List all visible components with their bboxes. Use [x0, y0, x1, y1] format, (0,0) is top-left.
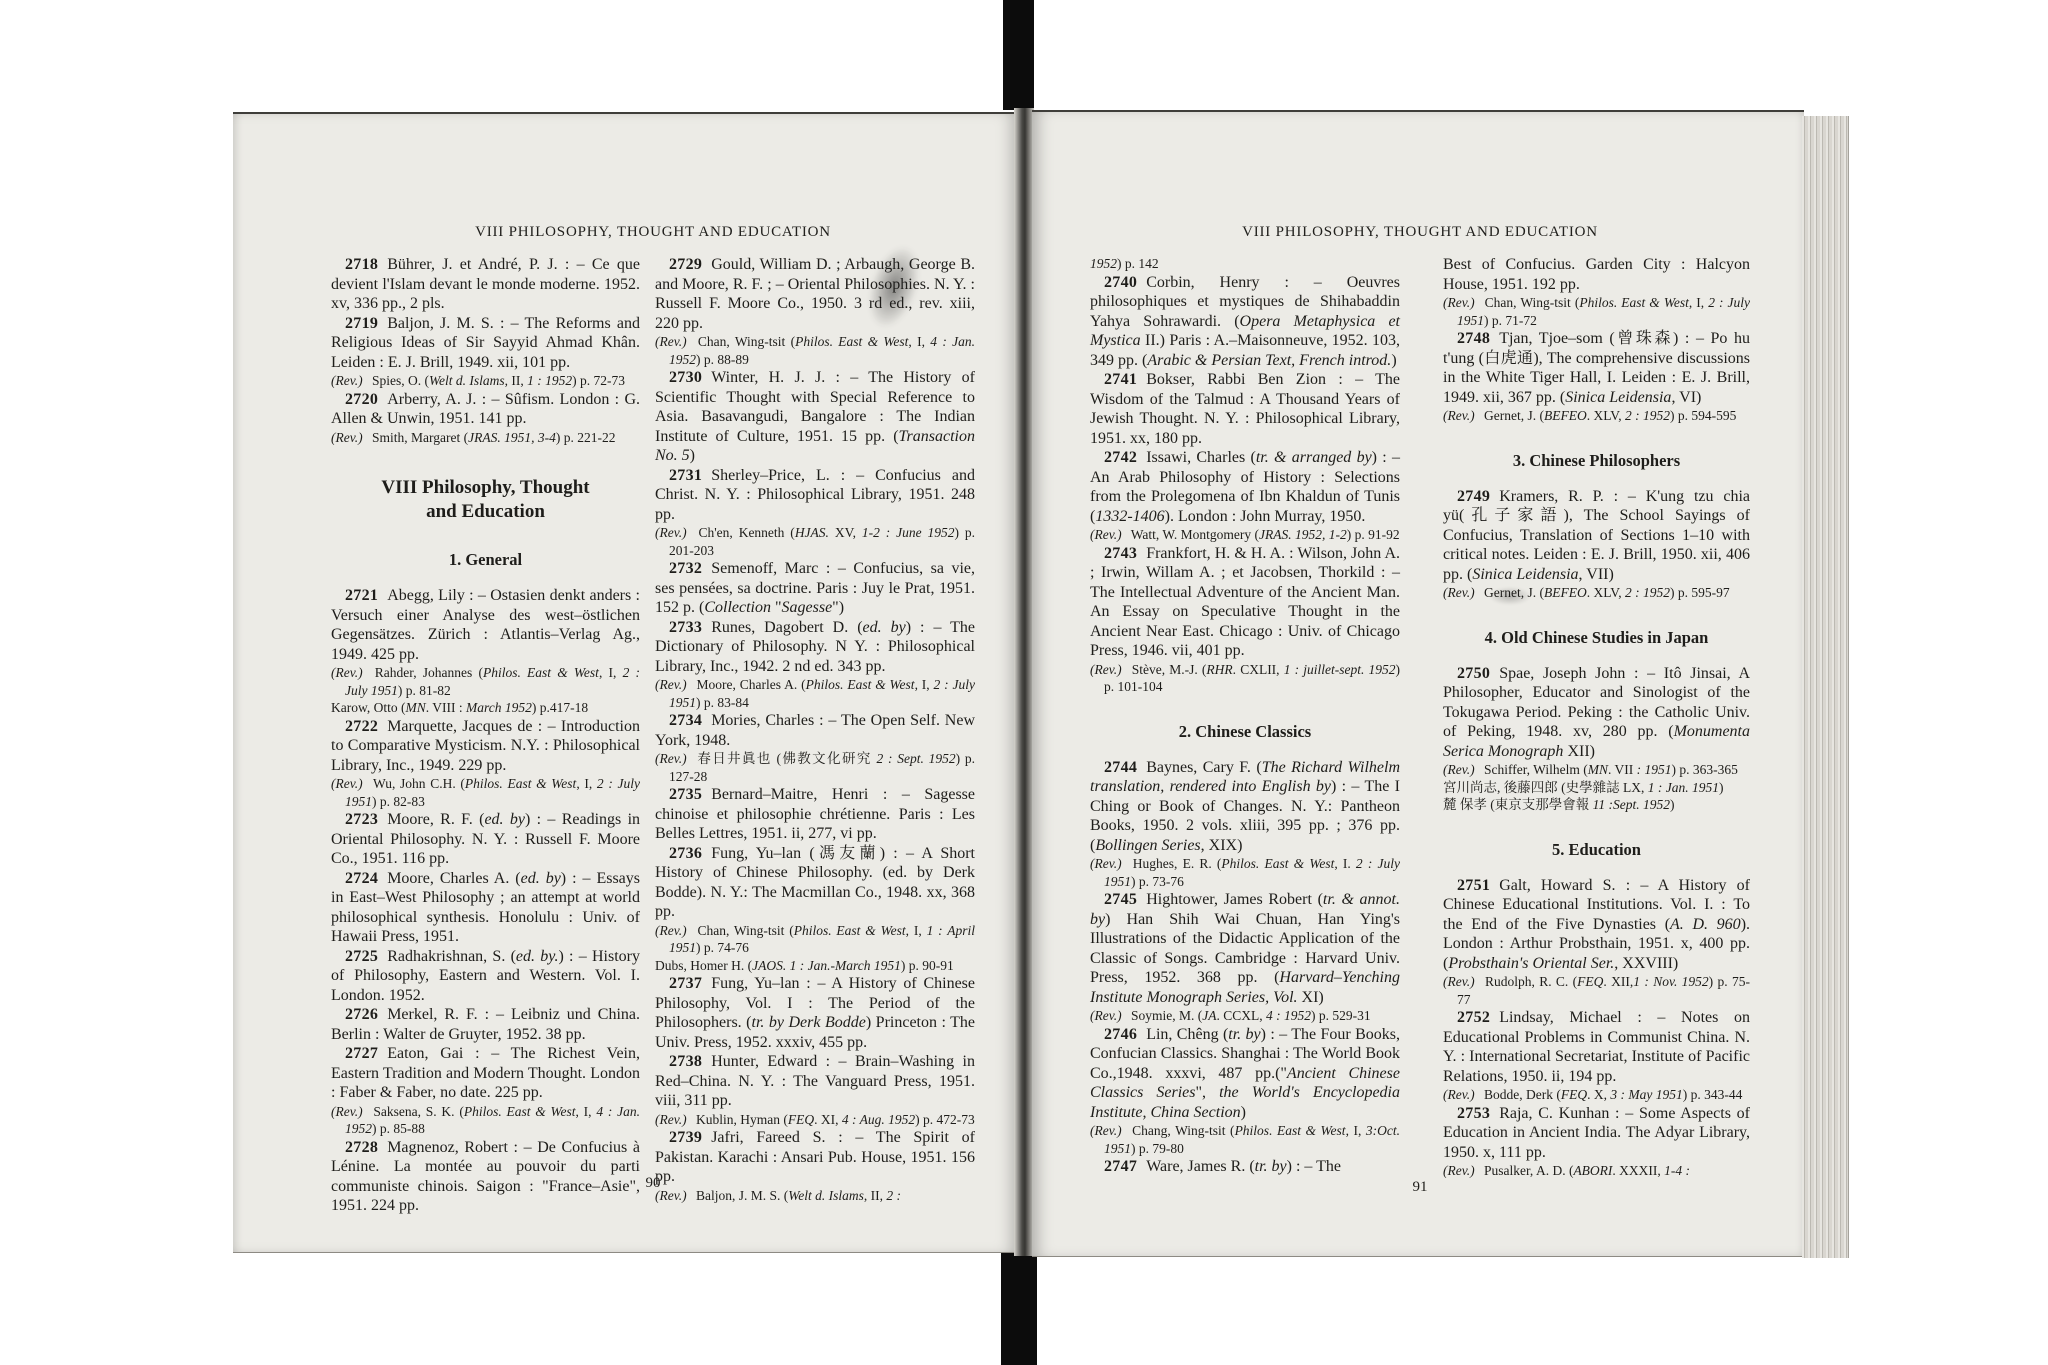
review-citation: (Rev.) Chan, Wing-tsit (Philos. East & W… — [655, 922, 975, 957]
review-citation: (Rev.) Chan, Wing-tsit (Philos. East & W… — [655, 333, 975, 368]
entry-number: 2744 — [1104, 759, 1137, 776]
page-left: VIII PHILOSOPHY, THOUGHT AND EDUCATION 2… — [233, 112, 1017, 1253]
entry-number: 2724 — [345, 870, 378, 887]
review-citation: (Rev.) 春日井眞也 (佛教文化研究 2 : Sept. 1952) p. … — [655, 750, 975, 785]
review-label: (Rev.) — [1443, 1163, 1475, 1178]
review-citation: (Rev.) Saksena, S. K. (Philos. East & We… — [331, 1103, 640, 1138]
book-spine-bottom — [1001, 1248, 1037, 1365]
entry-number: 2740 — [1104, 274, 1137, 291]
page-columns: 2718Bührer, J. et André, P. J. : – Ce qu… — [331, 255, 975, 1216]
bib-entry-2719: 2719Baljon, J. M. S. : – The Reforms and… — [331, 314, 640, 373]
bib-entry-2734: 2734Mories, Charles : – The Open Self. N… — [655, 711, 975, 750]
review-citation: (Rev.) Stève, M.-J. (RHR. CXLII, 1 : jui… — [1090, 661, 1400, 696]
page-right: VIII PHILOSOPHY, THOUGHT AND EDUCATION 1… — [1032, 110, 1804, 1257]
bib-entry-2725: 2725Radhakrishnan, S. (ed. by.) : – Hist… — [331, 947, 640, 1006]
text-column: Best of Confucius. Garden City : Halcyon… — [1443, 255, 1750, 1180]
entry-number: 2745 — [1104, 891, 1137, 908]
review-label: (Rev.) — [655, 525, 687, 540]
entry-number: 2730 — [669, 369, 702, 386]
entry-number: 2753 — [1457, 1105, 1490, 1122]
subsection-heading: 4. Old Chinese Studies in Japan — [1443, 628, 1750, 648]
entry-continuation: Best of Confucius. Garden City : Halcyon… — [1443, 255, 1750, 294]
review-label: (Rev.) — [331, 430, 363, 445]
entry-number: 2746 — [1104, 1026, 1137, 1043]
bib-entry-2749: 2749Kramers, R. P. : – K'ung tzu chia yü… — [1443, 487, 1750, 585]
bib-entry-2753: 2753Raja, C. Kunhan : – Some Aspects of … — [1443, 1104, 1750, 1163]
entry-number: 2733 — [669, 619, 702, 636]
text-column: 1952) p. 1422740Corbin, Henry : – Oeuvre… — [1090, 255, 1400, 1180]
subsection-heading: 3. Chinese Philosophers — [1443, 451, 1750, 471]
entry-number: 2719 — [345, 315, 378, 332]
bib-entry-2732: 2732Semenoff, Marc : – Confucius, sa vie… — [655, 559, 975, 618]
review-label: (Rev.) — [655, 751, 687, 766]
entry-number: 2739 — [669, 1129, 702, 1146]
entry-number: 2751 — [1457, 877, 1490, 894]
review-label: (Rev.) — [331, 1104, 363, 1119]
entry-number: 2718 — [345, 256, 378, 273]
review-citation: Karow, Otto (MN. VIII : March 1952) p.41… — [331, 699, 640, 717]
bib-entry-2727: 2727Eaton, Gai : – The Richest Vein, Eas… — [331, 1044, 640, 1103]
entry-number: 2731 — [669, 467, 702, 484]
entry-number: 2742 — [1104, 449, 1137, 466]
page-number: 91 — [1090, 1179, 1750, 1196]
entry-number: 2741 — [1104, 371, 1137, 388]
review-citation: (Rev.) Bodde, Derk (FEQ. X, 3 : May 1951… — [1443, 1086, 1750, 1104]
book-spine-top — [1003, 0, 1034, 110]
review-citation: (Rev.) Soymie, M. (JA. CCXL, 4 : 1952) p… — [1090, 1007, 1400, 1025]
review-label: (Rev.) — [1443, 295, 1475, 310]
review-citation: (Rev.) Gernet, J. (BEFEO. XLV, 2 : 1952)… — [1443, 407, 1750, 425]
bib-entry-2731: 2731Sherley–Price, L. : – Confucius and … — [655, 466, 975, 525]
bib-entry-2745: 2745Hightower, James Robert (tr. & annot… — [1090, 890, 1400, 1007]
review-citation: (Rev.) Chang, Wing-tsit (Philos. East & … — [1090, 1122, 1400, 1157]
bib-entry-2738: 2738Hunter, Edward : – Brain–Washing in … — [655, 1052, 975, 1111]
running-header: VIII PHILOSOPHY, THOUGHT AND EDUCATION — [1090, 224, 1750, 241]
review-citation: (Rev.) Kublin, Hyman (FEQ. XI, 4 : Aug. … — [655, 1111, 975, 1129]
review-label: (Rev.) — [1090, 662, 1122, 677]
subsection-heading: 5. Education — [1443, 840, 1750, 860]
entry-number: 2735 — [669, 786, 702, 803]
entry-number: 2723 — [345, 811, 378, 828]
entry-number: 2749 — [1457, 488, 1490, 505]
review-label: (Rev.) — [655, 334, 687, 349]
bib-entry-2723: 2723Moore, R. F. (ed. by) : – Readings i… — [331, 810, 640, 869]
entry-number: 2732 — [669, 560, 702, 577]
review-citation: (Rev.) Watt, W. Montgomery (JRAS. 1952, … — [1090, 526, 1400, 544]
bib-entry-2742: 2742Issawi, Charles (tr. & arranged by) … — [1090, 448, 1400, 526]
review-citation: (Rev.) Ch'en, Kenneth (HJAS. XV, 1-2 : J… — [655, 524, 975, 559]
subsection-heading: 2. Chinese Classics — [1090, 722, 1400, 742]
bib-entry-2751: 2751Galt, Howard S. : – A History of Chi… — [1443, 876, 1750, 974]
bib-entry-2740: 2740Corbin, Henry : – Oeuvres philosophi… — [1090, 273, 1400, 371]
subsection-heading: 1. General — [331, 550, 640, 570]
review-citation: (Rev.) Rahder, Johannes (Philos. East & … — [331, 664, 640, 699]
entry-number: 2748 — [1457, 330, 1490, 347]
bib-entry-2736: 2736Fung, Yu–lan (馮友蘭) : – A Short Histo… — [655, 844, 975, 922]
review-citation: (Rev.) Chan, Wing-tsit (Philos. East & W… — [1443, 294, 1750, 329]
review-citation: (Rev.) Moore, Charles A. (Philos. East &… — [655, 676, 975, 711]
bib-entry-2747: 2747Ware, James R. (tr. by) : – The — [1090, 1157, 1400, 1177]
review-citation: (Rev.) Smith, Margaret (JRAS. 1951, 3-4)… — [331, 429, 640, 447]
entry-number: 2721 — [345, 587, 378, 604]
entry-number: 2737 — [669, 975, 702, 992]
review-citation: (Rev.) Rudolph, R. C. (FEQ. XII,1 : Nov.… — [1443, 973, 1750, 1008]
entry-number: 2743 — [1104, 545, 1137, 562]
bib-entry-2748: 2748Tjan, Tjoe–som (曾珠森) : – Po hu t'ung… — [1443, 329, 1750, 407]
review-label: (Rev.) — [1090, 1123, 1122, 1138]
bib-entry-2746: 2746Lin, Chêng (tr. by) : – The Four Boo… — [1090, 1025, 1400, 1123]
bib-entry-2724: 2724Moore, Charles A. (ed. by) : – Essay… — [331, 869, 640, 947]
review-label: (Rev.) — [1443, 974, 1475, 989]
review-label: (Rev.) — [655, 1112, 687, 1127]
review-label: (Rev.) — [655, 923, 687, 938]
bib-entry-2743: 2743Frankfort, H. & H. A. : Wilson, John… — [1090, 544, 1400, 661]
entry-number: 2726 — [345, 1006, 378, 1023]
review-citation: (Rev.) Wu, John C.H. (Philos. East & Wes… — [331, 775, 640, 810]
bib-entry-2737: 2737Fung, Yu–lan : – A History of Chines… — [655, 974, 975, 1052]
review-label: (Rev.) — [331, 665, 363, 680]
review-label: (Rev.) — [1443, 1087, 1475, 1102]
review-label: (Rev.) — [1443, 585, 1475, 600]
bib-entry-2733: 2733Runes, Dagobert D. (ed. by) : – The … — [655, 618, 975, 677]
bib-entry-2726: 2726Merkel, R. F. : – Leibniz und China.… — [331, 1005, 640, 1044]
gutter-shadow — [1014, 108, 1034, 1256]
entry-number: 2725 — [345, 948, 378, 965]
review-citation: (Rev.) Pusalker, A. D. (ABORI. XXXII, 1-… — [1443, 1162, 1750, 1180]
review-citation: Dubs, Homer H. (JAOS. 1 : Jan.-March 195… — [655, 957, 975, 975]
entry-number: 2729 — [669, 256, 702, 273]
review-label: (Rev.) — [1443, 762, 1475, 777]
review-citation: 宮川尚志, 後藤四郎 (史學雜誌 LX, 1 : Jan. 1951) — [1443, 779, 1750, 797]
entry-number: 2734 — [669, 712, 702, 729]
entry-number: 2728 — [345, 1139, 378, 1156]
running-header: VIII PHILOSOPHY, THOUGHT AND EDUCATION — [331, 224, 975, 241]
entry-number: 2738 — [669, 1053, 702, 1070]
bib-entry-2722: 2722Marquette, Jacques de : – Introducti… — [331, 717, 640, 776]
bib-entry-2741: 2741Bokser, Rabbi Ben Zion : – The Wisdo… — [1090, 370, 1400, 448]
review-label: (Rev.) — [1090, 856, 1122, 871]
review-continuation: 1952) p. 142 — [1090, 255, 1400, 273]
bib-entry-2729: 2729Gould, William D. ; Arbaugh, George … — [655, 255, 975, 333]
entry-number: 2720 — [345, 391, 378, 408]
review-label: (Rev.) — [331, 776, 363, 791]
review-citation: (Rev.) Schiffer, Wilhelm (MN. VII : 1951… — [1443, 761, 1750, 779]
review-label: (Rev.) — [1090, 527, 1122, 542]
text-column: 2729Gould, William D. ; Arbaugh, George … — [655, 255, 975, 1216]
section-heading: VIII Philosophy, Thoughtand Education — [331, 476, 640, 524]
bib-entry-2752: 2752Lindsay, Michael : – Notes on Educat… — [1443, 1008, 1750, 1086]
review-citation: (Rev.) Gernet, J. (BEFEO. XLV, 2 : 1952)… — [1443, 584, 1750, 602]
review-citation: 麓 保孝 (東京支那學會報 11 :Sept. 1952) — [1443, 796, 1750, 814]
bib-entry-2730: 2730Winter, H. J. J. : – The History of … — [655, 368, 975, 466]
entry-number: 2747 — [1104, 1158, 1137, 1175]
entry-number: 2752 — [1457, 1009, 1490, 1026]
bib-entry-2750: 2750Spae, Joseph John : – Itô Jinsai, A … — [1443, 664, 1750, 762]
bib-entry-2718: 2718Bührer, J. et André, P. J. : – Ce qu… — [331, 255, 640, 314]
review-label: (Rev.) — [331, 373, 363, 388]
review-label: (Rev.) — [1090, 1008, 1122, 1023]
review-label: (Rev.) — [655, 677, 687, 692]
page-edge-stack — [1802, 116, 1849, 1258]
entry-number: 2727 — [345, 1045, 378, 1062]
entry-number: 2722 — [345, 718, 378, 735]
page-number: 90 — [331, 1175, 975, 1192]
bib-entry-2735: 2735Bernard–Maitre, Henri : – Sagesse ch… — [655, 785, 975, 844]
text-column: 2718Bührer, J. et André, P. J. : – Ce qu… — [331, 255, 640, 1216]
bib-entry-2720: 2720Arberry, A. J. : – Sûfism. London : … — [331, 390, 640, 429]
book-spread-scan: VIII PHILOSOPHY, THOUGHT AND EDUCATION 2… — [0, 0, 2048, 1365]
review-citation: (Rev.) Hughes, E. R. (Philos. East & Wes… — [1090, 855, 1400, 890]
entry-number: 2736 — [669, 845, 702, 862]
page-columns: 1952) p. 1422740Corbin, Henry : – Oeuvre… — [1090, 255, 1750, 1180]
review-citation: (Rev.) Spies, O. (Welt d. Islams, II, 1 … — [331, 372, 640, 390]
bib-entry-2721: 2721Abegg, Lily : – Ostasien denkt ander… — [331, 586, 640, 664]
bib-entry-2744: 2744Baynes, Cary F. (The Richard Wilhelm… — [1090, 758, 1400, 856]
review-label: (Rev.) — [1443, 408, 1475, 423]
entry-number: 2750 — [1457, 665, 1490, 682]
